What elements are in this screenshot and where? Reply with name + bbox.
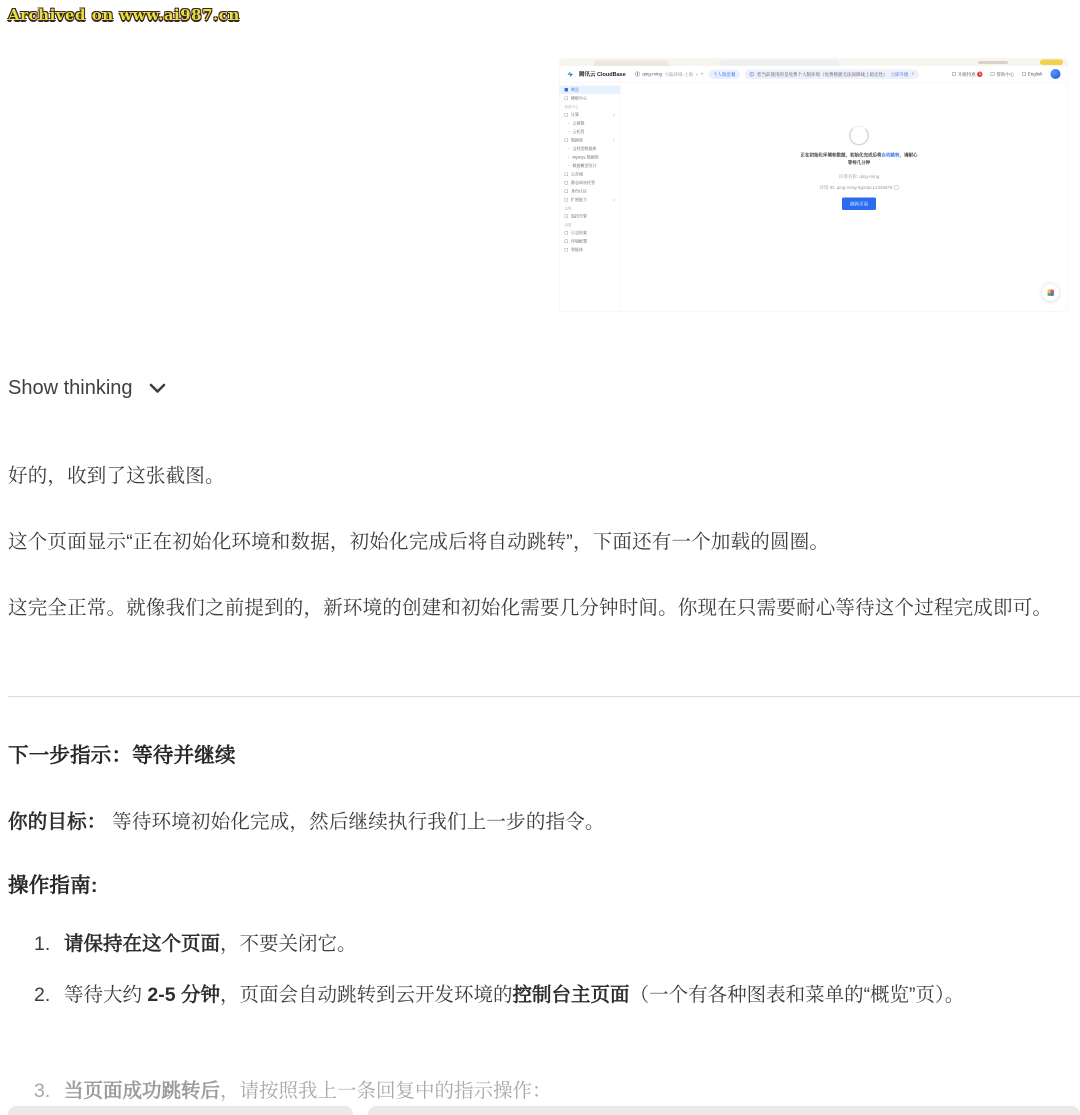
assistant-icon — [1047, 289, 1054, 296]
header-right-items: 升级特惠 1 帮助中心 English — [952, 69, 1060, 79]
sidebar-item: 云托管 — [560, 128, 621, 137]
sidebar-item-label: 监控告警 — [571, 214, 587, 220]
close-icon — [912, 71, 915, 77]
menu-icon — [565, 113, 569, 117]
sidebar-item-label: 数据库 — [571, 138, 583, 144]
floating-assistant-widget — [1042, 284, 1059, 301]
sidebar-item: 数据模型设计 — [560, 162, 621, 171]
paragraph-ack: 好的，收到了这张截图。 — [8, 455, 1074, 497]
sidebar-item-label: 计算 — [571, 112, 579, 118]
upgrade-offer-item: 升级特惠 1 — [952, 71, 983, 78]
sidebar-item-label: MySQL 数据库 — [573, 155, 599, 161]
console-body: 概览模板中心资源中心计算云函数云托管数据库文档型数据库MySQL 数据库数据模型… — [560, 83, 1068, 313]
cloudbase-console: 腾讯云 CloudBase qing-ming 大陆环境-上海 + 个人版套餐 … — [559, 66, 1068, 312]
console-brand: 腾讯云 CloudBase — [579, 70, 626, 78]
menu-icon — [565, 181, 569, 185]
next-block-edge-right — [368, 1106, 1080, 1115]
menu-icon — [565, 88, 569, 92]
globe-icon — [635, 72, 640, 77]
plan-badge: 个人版套餐 — [709, 69, 741, 79]
console-main: 正在初始化环境和数据，初始化完成后将自动跳转，请耐心 等待几分钟 环境名称: q… — [621, 83, 1068, 313]
sidebar-item: 数据库 — [560, 136, 621, 145]
sidebar-item: 日志检索 — [560, 229, 621, 238]
sidebar-item-label: 扩展能力 — [571, 197, 587, 203]
chevron-down-icon — [696, 72, 699, 77]
sidebar-item-label: 身份认证 — [571, 189, 587, 195]
sidebar-item: MySQL 数据库 — [560, 153, 621, 162]
bullet-icon — [568, 157, 570, 158]
bullet-icon — [568, 149, 570, 150]
sidebar-item-label: 设置 — [565, 223, 572, 228]
sidebar-item: 计算 — [560, 111, 621, 120]
sidebar-item: 设置 — [560, 222, 621, 229]
help-icon — [991, 72, 995, 76]
paragraph-reassure: 这完全正常。就像我们之前提到的，新环境的创建和初始化需要几分钟时间。你现在只需要… — [8, 587, 1074, 629]
copy-icon — [895, 185, 899, 189]
browser-address-bar — [719, 60, 839, 66]
browser-profile-chip — [1040, 60, 1063, 66]
loading-spinner — [849, 126, 869, 146]
menu-icon — [565, 215, 569, 219]
gift-icon — [952, 72, 956, 76]
menu-icon — [565, 190, 569, 194]
guide-heading: 操作指南: — [8, 865, 1074, 907]
browser-tabs-strip — [559, 58, 1068, 66]
init-message-link: 自动跳转 — [881, 153, 899, 158]
list-number: 2. — [34, 974, 64, 1016]
upgrade-link: 立即升级 — [891, 71, 909, 78]
sidebar-item: 资源中心 — [560, 104, 621, 111]
env-name-line: 环境名称: qing-ming — [839, 173, 879, 180]
add-env-icon: + — [701, 71, 704, 77]
sidebar-item: 智能体 — [560, 246, 621, 255]
section-divider — [8, 696, 1080, 697]
sidebar-item-label: 智能体 — [571, 247, 583, 253]
sidebar-item-label: 日志检索 — [571, 230, 587, 236]
refresh-button: 刷新页面 — [842, 198, 876, 211]
sidebar-item: 扩展能力 — [560, 196, 621, 205]
sidebar-item: 环境配置 — [560, 237, 621, 246]
menu-icon — [565, 231, 569, 235]
list-item-1: 1. 请保持在这个页面，不要关闭它。 — [34, 923, 1044, 965]
sidebar-item: 模板中心 — [560, 94, 621, 103]
init-message: 正在初始化环境和数据，初始化完成后将自动跳转，请耐心 等待几分钟 — [764, 152, 954, 167]
sidebar-item: 运维 — [560, 205, 621, 212]
next-step-heading: 下一步指示：等待并继续 — [8, 735, 1074, 777]
menu-icon — [565, 97, 569, 101]
sidebar-item-label: 云存储 — [571, 172, 583, 178]
cloudbase-logo-icon — [567, 70, 575, 78]
sidebar-item: 文档型数据库 — [560, 145, 621, 154]
sidebar-item: 云函数 — [560, 119, 621, 128]
sidebar-item-label: 云托管 — [573, 129, 585, 135]
sidebar-item: 身份认证 — [560, 187, 621, 196]
sidebar-item-label: 模板中心 — [571, 96, 587, 102]
env-switcher: qing-ming 大陆环境-上海 + — [635, 71, 704, 78]
notification-badge: 1 — [977, 71, 983, 77]
language-icon — [1022, 72, 1026, 76]
bullet-icon — [568, 132, 570, 133]
sidebar-item-label: 概览 — [571, 87, 579, 93]
list-number: 1. — [34, 923, 64, 965]
user-avatar — [1051, 69, 1061, 79]
menu-icon — [565, 198, 569, 202]
paragraph-page-desc: 这个页面显示“正在初始化环境和数据，初始化完成后将自动跳转”，下面还有一个加载的… — [8, 521, 1074, 563]
goal-line: 你的目标： 等待环境初始化完成，然后继续执行我们上一步的指令。 — [8, 801, 1074, 843]
console-sidebar: 概览模板中心资源中心计算云函数云托管数据库文档型数据库MySQL 数据库数据模型… — [560, 83, 621, 313]
upgrade-notice-bar: i 您当前使用的是免费个人版环境（免费模板无法保障线上稳定性） 立即升级 — [745, 69, 919, 79]
menu-icon — [565, 240, 569, 244]
sidebar-item-label: 数据模型设计 — [573, 163, 597, 169]
browser-extensions-icons — [978, 61, 1008, 64]
menu-icon — [565, 248, 569, 252]
console-header: 腾讯云 CloudBase qing-ming 大陆环境-上海 + 个人版套餐 … — [560, 66, 1068, 83]
menu-icon — [565, 173, 569, 177]
show-thinking-toggle[interactable]: Show thinking — [8, 377, 166, 400]
list-item-2: 2. 等待大约 2-5 分钟，页面会自动跳转到云开发环境的控制台主页面（一个有各… — [34, 974, 1044, 1016]
sidebar-item-label: 文档型数据库 — [573, 146, 597, 152]
sidebar-item-label: 运维 — [565, 206, 572, 211]
sidebar-item-label: 资源中心 — [565, 105, 579, 110]
menu-icon — [565, 139, 569, 143]
sidebar-item: 云存储 — [560, 170, 621, 179]
archive-watermark: Archived on www.ai987.cn — [8, 6, 240, 24]
chevron-down-icon — [612, 138, 615, 143]
chevron-down-icon — [149, 383, 166, 394]
attachment-screenshot[interactable]: 腾讯云 CloudBase qing-ming 大陆环境-上海 + 个人版套餐 … — [559, 58, 1068, 312]
show-thinking-label: Show thinking — [8, 377, 133, 400]
chevron-down-icon — [612, 198, 615, 203]
sidebar-item: 静态网站托管 — [560, 179, 621, 188]
goal-label: 你的目标： — [8, 811, 107, 833]
browser-tab — [594, 61, 669, 67]
chevron-down-icon — [612, 113, 615, 118]
language-item: English — [1022, 72, 1042, 77]
next-block-edge-left — [8, 1106, 353, 1115]
sidebar-item-label: 环境配置 — [571, 239, 587, 245]
help-center-item: 帮助中心 — [991, 71, 1015, 78]
env-id-line: 环境 ID: qing-ming-8gx0pc12345678 — [819, 184, 898, 191]
sidebar-item: 概览 — [560, 86, 621, 95]
sidebar-item-label: 静态网站托管 — [571, 180, 595, 186]
bullet-icon — [568, 166, 570, 167]
info-icon: i — [750, 72, 755, 77]
sidebar-item: 监控告警 — [560, 212, 621, 221]
bullet-icon — [568, 123, 570, 124]
sidebar-item-label: 云函数 — [573, 121, 585, 127]
